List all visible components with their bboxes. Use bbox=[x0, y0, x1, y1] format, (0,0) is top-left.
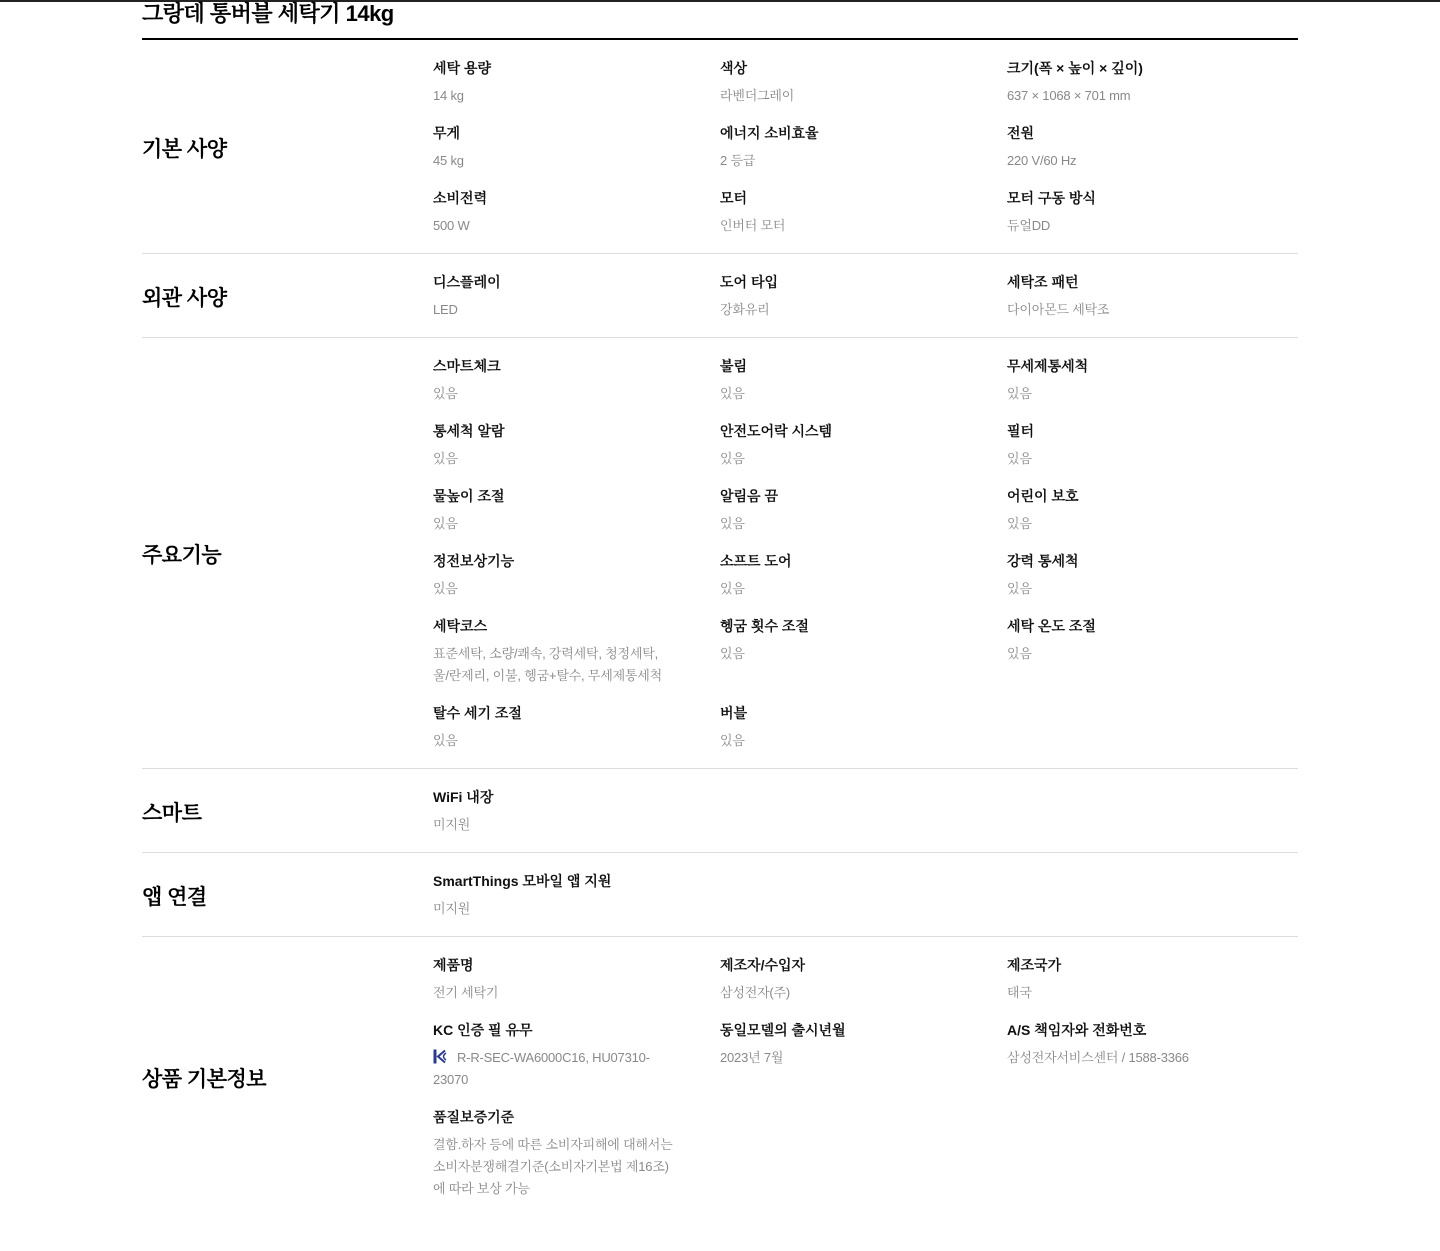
spec-item: 동일모델의 출시년월2023년 7월 bbox=[720, 1020, 1007, 1091]
spec-item: 불림있음 bbox=[720, 356, 1007, 405]
spec-value: R-R-SEC-WA6000C16, HU07310-23070 bbox=[433, 1047, 673, 1091]
spec-label: 동일모델의 출시년월 bbox=[720, 1020, 987, 1040]
section-title: 기본 사양 bbox=[142, 58, 433, 237]
spec-label: KC 인증 필 유무 bbox=[433, 1020, 700, 1040]
spec-item: 모터 구동 방식듀얼DD bbox=[1007, 188, 1297, 237]
spec-item: 탈수 세기 조절있음 bbox=[433, 703, 720, 752]
spec-value: 있음 bbox=[720, 578, 987, 600]
spec-item: 어린이 보호있음 bbox=[1007, 486, 1297, 535]
spec-label: 품질보증기준 bbox=[433, 1107, 700, 1127]
spec-item: 헹굼 횟수 조절있음 bbox=[720, 616, 1007, 687]
spec-item: KC 인증 필 유무 R-R-SEC-WA6000C16, HU07310-23… bbox=[433, 1020, 720, 1091]
section-title: 주요기능 bbox=[142, 356, 433, 752]
spec-label: 모터 bbox=[720, 188, 987, 208]
spec-value: 다이아몬드 세탁조 bbox=[1007, 299, 1277, 321]
spec-value: 있음 bbox=[720, 448, 987, 470]
spec-label: SmartThings 모바일 앱 지원 bbox=[433, 871, 987, 891]
spec-label: A/S 책임자와 전화번호 bbox=[1007, 1020, 1277, 1040]
spec-value: 있음 bbox=[1007, 513, 1277, 535]
spec-value: 있음 bbox=[433, 448, 700, 470]
spec-item: 모터인버터 모터 bbox=[720, 188, 1007, 237]
spec-label: 제조국가 bbox=[1007, 955, 1277, 975]
spec-value: 있음 bbox=[720, 643, 987, 665]
spec-label: 세탁조 패턴 bbox=[1007, 272, 1277, 292]
section-exterior-spec: 외관 사양 디스플레이LED 도어 타입강화유리 세탁조 패턴다이아몬드 세탁조 bbox=[142, 254, 1298, 338]
spec-label: 어린이 보호 bbox=[1007, 486, 1277, 506]
spec-label: 모터 구동 방식 bbox=[1007, 188, 1277, 208]
spec-value: 45 kg bbox=[433, 150, 700, 172]
spec-item: 버블있음 bbox=[720, 703, 1007, 752]
spec-grid: 디스플레이LED 도어 타입강화유리 세탁조 패턴다이아몬드 세탁조 bbox=[433, 272, 1298, 321]
spec-label: 안전도어락 시스템 bbox=[720, 421, 987, 441]
spec-item: A/S 책임자와 전화번호삼성전자서비스센터 / 1588-3366 bbox=[1007, 1020, 1297, 1091]
spec-value: 표준세탁, 소량/쾌속, 강력세탁, 청정세탁, 울/란제리, 이불, 헹굼+탈… bbox=[433, 643, 663, 687]
spec-label: 제조자/수입자 bbox=[720, 955, 987, 975]
spec-label: 강력 통세척 bbox=[1007, 551, 1277, 571]
spec-grid: 스마트체크있음 불림있음 무세제통세척있음 통세척 알람있음 안전도어락 시스템… bbox=[433, 356, 1298, 752]
spec-value: 있음 bbox=[433, 730, 700, 752]
spec-label: WiFi 내장 bbox=[433, 787, 700, 807]
spec-value: 있음 bbox=[1007, 383, 1277, 405]
spec-value: 결함.하자 등에 따른 소비자피해에 대해서는 소비자분쟁해결기준(소비자기본법… bbox=[433, 1134, 673, 1200]
spec-grid: WiFi 내장미지원 bbox=[433, 787, 1298, 836]
spec-item: 스마트체크있음 bbox=[433, 356, 720, 405]
kc-cert-number: R-R-SEC-WA6000C16, HU07310-23070 bbox=[433, 1050, 650, 1087]
section-smart: 스마트 WiFi 내장미지원 bbox=[142, 769, 1298, 853]
spec-value: 637 × 1068 × 701 mm bbox=[1007, 85, 1277, 107]
section-app-connection: 앱 연결 SmartThings 모바일 앱 지원미지원 bbox=[142, 853, 1298, 937]
spec-value: 라벤더그레이 bbox=[720, 85, 987, 107]
spec-grid: 세탁 용량14 kg 색상라벤더그레이 크기(폭 × 높이 × 깊이)637 ×… bbox=[433, 58, 1298, 237]
spec-label: 무세제통세척 bbox=[1007, 356, 1277, 376]
section-key-features: 주요기능 스마트체크있음 불림있음 무세제통세척있음 통세척 알람있음 안전도어… bbox=[142, 338, 1298, 769]
spec-item: 에너지 소비효율2 등급 bbox=[720, 123, 1007, 172]
spec-grid: SmartThings 모바일 앱 지원미지원 bbox=[433, 871, 1298, 920]
spec-value: 태국 bbox=[1007, 982, 1277, 1004]
spec-value: 14 kg bbox=[433, 85, 700, 107]
spec-item: 전원220 V/60 Hz bbox=[1007, 123, 1297, 172]
spec-value: 있음 bbox=[1007, 643, 1277, 665]
spec-value: 있음 bbox=[1007, 448, 1277, 470]
spec-label: 전원 bbox=[1007, 123, 1277, 143]
spec-item: 안전도어락 시스템있음 bbox=[720, 421, 1007, 470]
spec-item: 무게45 kg bbox=[433, 123, 720, 172]
spec-label: 크기(폭 × 높이 × 깊이) bbox=[1007, 58, 1277, 78]
product-title: 그랑데 통버블 세탁기 14kg bbox=[142, 1, 1298, 36]
spec-value: 220 V/60 Hz bbox=[1007, 150, 1277, 172]
spec-item: 필터있음 bbox=[1007, 421, 1297, 470]
spec-item: 강력 통세척있음 bbox=[1007, 551, 1297, 600]
spec-value: 2023년 7월 bbox=[720, 1047, 987, 1069]
spec-item: 소프트 도어있음 bbox=[720, 551, 1007, 600]
spec-item: WiFi 내장미지원 bbox=[433, 787, 720, 836]
spec-item: 소비전력500 W bbox=[433, 188, 720, 237]
spec-item: 세탁 온도 조절있음 bbox=[1007, 616, 1297, 687]
spec-label: 통세척 알람 bbox=[433, 421, 700, 441]
section-product-info: 상품 기본정보 제품명전기 세탁기 제조자/수입자삼성전자(주) 제조국가태국 … bbox=[142, 937, 1298, 1216]
section-title: 외관 사양 bbox=[142, 272, 433, 321]
spec-item: 크기(폭 × 높이 × 깊이)637 × 1068 × 701 mm bbox=[1007, 58, 1297, 107]
spec-item: 제조자/수입자삼성전자(주) bbox=[720, 955, 1007, 1004]
kc-certification-icon bbox=[433, 1049, 447, 1064]
spec-item: 디스플레이LED bbox=[433, 272, 720, 321]
spec-value: 삼성전자서비스센터 / 1588-3366 bbox=[1007, 1047, 1277, 1069]
spec-label: 필터 bbox=[1007, 421, 1277, 441]
spec-item: 색상라벤더그레이 bbox=[720, 58, 1007, 107]
spec-label: 세탁코스 bbox=[433, 616, 700, 636]
spec-value: 2 등급 bbox=[720, 150, 987, 172]
spec-value: 있음 bbox=[1007, 578, 1277, 600]
section-title: 상품 기본정보 bbox=[142, 955, 433, 1200]
section-basic-spec: 기본 사양 세탁 용량14 kg 색상라벤더그레이 크기(폭 × 높이 × 깊이… bbox=[142, 40, 1298, 254]
spec-value: 있음 bbox=[720, 383, 987, 405]
spec-value: 있음 bbox=[720, 513, 987, 535]
spec-label: 디스플레이 bbox=[433, 272, 700, 292]
spec-item: 알림음 끔있음 bbox=[720, 486, 1007, 535]
spec-label: 도어 타입 bbox=[720, 272, 987, 292]
spec-value: 있음 bbox=[433, 383, 700, 405]
spec-value: 전기 세탁기 bbox=[433, 982, 700, 1004]
spec-label: 에너지 소비효율 bbox=[720, 123, 987, 143]
spec-page: 그랑데 통버블 세탁기 14kg 기본 사양 세탁 용량14 kg 색상라벤더그… bbox=[142, 0, 1298, 1216]
spec-item: 통세척 알람있음 bbox=[433, 421, 720, 470]
spec-label: 알림음 끔 bbox=[720, 486, 987, 506]
spec-item: 세탁조 패턴다이아몬드 세탁조 bbox=[1007, 272, 1297, 321]
spec-label: 색상 bbox=[720, 58, 987, 78]
spec-label: 버블 bbox=[720, 703, 987, 723]
spec-value: 미지원 bbox=[433, 898, 987, 920]
spec-value: LED bbox=[433, 299, 700, 321]
spec-item: 무세제통세척있음 bbox=[1007, 356, 1297, 405]
spec-item: 도어 타입강화유리 bbox=[720, 272, 1007, 321]
spec-item: 제품명전기 세탁기 bbox=[433, 955, 720, 1004]
spec-label: 소비전력 bbox=[433, 188, 700, 208]
spec-label: 정전보상기능 bbox=[433, 551, 700, 571]
spec-label: 세탁 용량 bbox=[433, 58, 700, 78]
spec-label: 탈수 세기 조절 bbox=[433, 703, 700, 723]
spec-label: 물높이 조절 bbox=[433, 486, 700, 506]
spec-value: 미지원 bbox=[433, 814, 700, 836]
spec-label: 무게 bbox=[433, 123, 700, 143]
spec-item: SmartThings 모바일 앱 지원미지원 bbox=[433, 871, 1007, 920]
spec-value: 있음 bbox=[433, 578, 700, 600]
spec-value: 있음 bbox=[433, 513, 700, 535]
spec-label: 소프트 도어 bbox=[720, 551, 987, 571]
spec-label: 헹굼 횟수 조절 bbox=[720, 616, 987, 636]
spec-label: 세탁 온도 조절 bbox=[1007, 616, 1277, 636]
spec-label: 불림 bbox=[720, 356, 987, 376]
spec-label: 스마트체크 bbox=[433, 356, 700, 376]
spec-value: 삼성전자(주) bbox=[720, 982, 987, 1004]
spec-value: 강화유리 bbox=[720, 299, 987, 321]
section-title: 앱 연결 bbox=[142, 871, 433, 920]
spec-item: 물높이 조절있음 bbox=[433, 486, 720, 535]
spec-item: 정전보상기능있음 bbox=[433, 551, 720, 600]
spec-item: 제조국가태국 bbox=[1007, 955, 1297, 1004]
spec-value: 듀얼DD bbox=[1007, 215, 1277, 237]
spec-value: 인버터 모터 bbox=[720, 215, 987, 237]
spec-item: 세탁코스표준세탁, 소량/쾌속, 강력세탁, 청정세탁, 울/란제리, 이불, … bbox=[433, 616, 720, 687]
spec-label: 제품명 bbox=[433, 955, 700, 975]
spec-item: 품질보증기준결함.하자 등에 따른 소비자피해에 대해서는 소비자분쟁해결기준(… bbox=[433, 1107, 720, 1200]
spec-grid: 제품명전기 세탁기 제조자/수입자삼성전자(주) 제조국가태국 KC 인증 필 … bbox=[433, 955, 1298, 1200]
spec-value: 500 W bbox=[433, 215, 700, 237]
spec-item: 세탁 용량14 kg bbox=[433, 58, 720, 107]
section-title: 스마트 bbox=[142, 787, 433, 836]
spec-value: 있음 bbox=[720, 730, 987, 752]
